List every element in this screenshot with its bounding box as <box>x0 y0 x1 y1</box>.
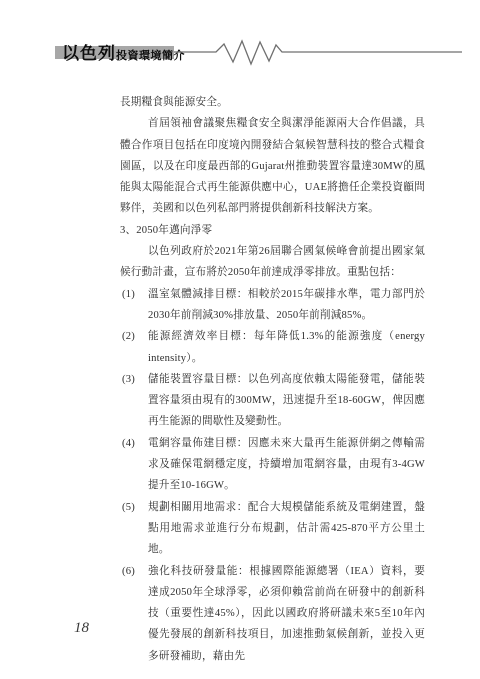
title-main: 以色列 <box>62 44 116 63</box>
list-item-text: 規劃相關用地需求：配合大規模儲能系統及電網建置，盤點用地需求並進行分布規劃，估計… <box>148 502 425 556</box>
list-item: (3) 儲能裝置容量目標：以色列高度依賴太陽能發電，儲能裝置容量須由現有的300… <box>120 369 425 433</box>
list-item-number: (1) <box>122 284 135 305</box>
list-item-number: (2) <box>122 326 135 347</box>
list-item-number: (3) <box>122 369 135 390</box>
list-item: (5) 規劃相關用地需求：配合大規模儲能系統及電網建置，盤點用地需求並進行分布規… <box>120 497 425 561</box>
page-number: 18 <box>74 620 89 637</box>
paragraph-continuation: 長期糧食與能源安全。 <box>120 92 425 113</box>
waveform-icon <box>174 37 462 67</box>
list-item: (1) 溫室氣體減排目標：相較於2015年碳排水準，電力部門於2030年前削減3… <box>120 284 425 327</box>
paragraph-summit: 首屆領袖會議聚焦糧食安全與潔淨能源兩大合作倡議，具體合作項目包括在印度境內開發結… <box>120 113 425 219</box>
numbered-list: (1) 溫室氣體減排目標：相較於2015年碳排水準，電力部門於2030年前削減3… <box>120 284 425 667</box>
list-item: (6) 強化科技研發量能：根據國際能源總署（IEA）資料，要達成2050年全球淨… <box>120 561 425 667</box>
list-item-text: 溫室氣體減排目標：相較於2015年碳排水準，電力部門於2030年前削減30%排放… <box>148 289 425 321</box>
list-item-number: (5) <box>122 497 135 518</box>
document-body: 長期糧食與能源安全。 首屆領袖會議聚焦糧食安全與潔淨能源兩大合作倡議，具體合作項… <box>120 92 425 667</box>
list-item: (4) 電網容量佈建目標：因應未來大量再生能源併網之傳輸需求及確保電網穩定度，持… <box>120 433 425 497</box>
page-header: 以色列投資環境簡介 <box>0 0 480 70</box>
list-item-text: 儲能裝置容量目標：以色列高度依賴太陽能發電，儲能裝置容量須由現有的300MW，迅… <box>148 374 425 428</box>
list-item-text: 強化科技研發量能：根據國際能源總署（IEA）資料，要達成2050年全球淨零，必須… <box>148 566 425 662</box>
list-item-text: 能源經濟效率目標：每年降低1.3%的能源強度（energy intensity）… <box>148 331 425 363</box>
list-item-number: (6) <box>122 561 135 582</box>
list-item-text: 電網容量佈建目標：因應未來大量再生能源併網之傳輸需求及確保電網穩定度，持續增加電… <box>148 438 425 492</box>
document-page: 以色列投資環境簡介 長期糧食與能源安全。 首屆領袖會議聚焦糧食安全與潔淨能源兩大… <box>0 0 480 679</box>
list-item: (2) 能源經濟效率目標：每年降低1.3%的能源強度（energy intens… <box>120 326 425 369</box>
section-heading: 3、2050年邁向淨零 <box>120 220 425 241</box>
page-title: 以色列投資環境簡介 <box>62 39 185 64</box>
section-intro: 以色列政府於2021年第26屆聯合國氣候峰會前提出國家氣候行動計畫，宣布將於20… <box>120 241 425 284</box>
list-item-number: (4) <box>122 433 135 454</box>
